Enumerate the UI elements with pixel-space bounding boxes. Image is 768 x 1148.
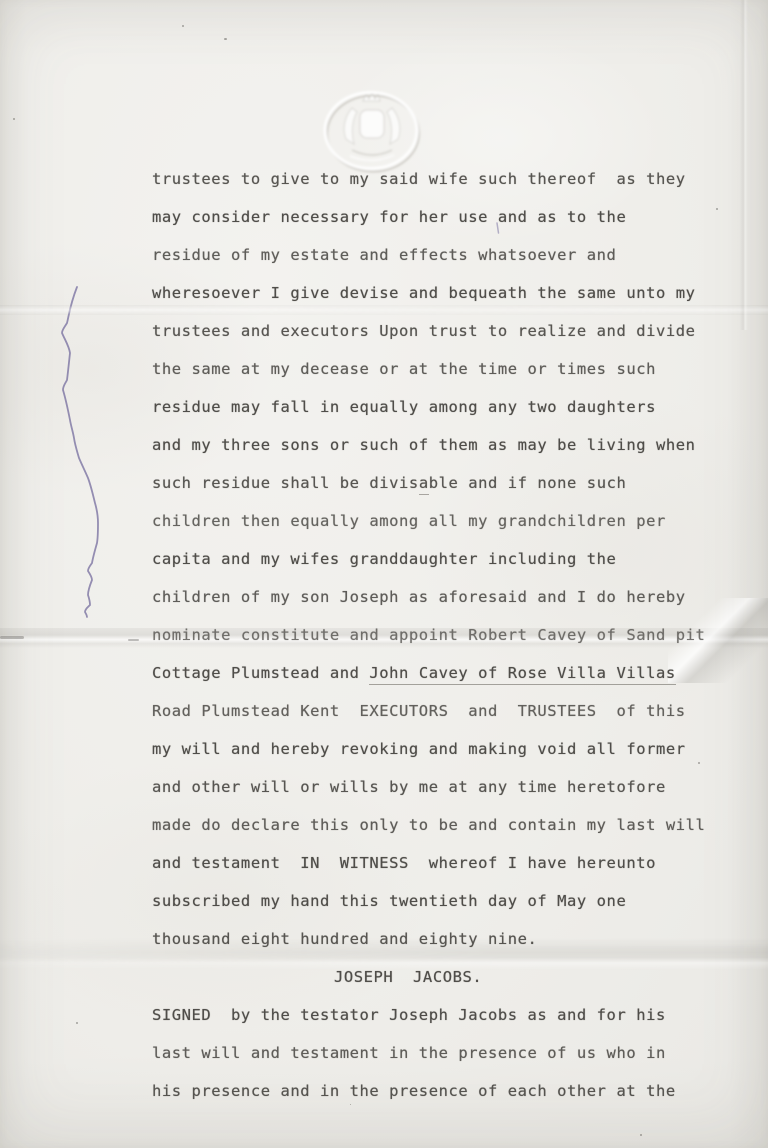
attestation-line: his presence and in the presence of each… [152,1072,752,1110]
attestation-line: SIGNED by the testator Joseph Jacobs as … [152,996,752,1034]
underlined-letter: a [419,474,429,495]
typed-line: my will and hereby revoking and making v… [152,730,752,768]
typed-line: may consider necessary for her use and a… [152,198,752,236]
typed-text: ble and if none such [429,474,627,492]
typed-line: subscribed my hand this twentieth day of… [152,882,752,920]
crease-edge-mark [128,639,139,641]
scanned-will-page: trustees to give to my said wife such th… [0,0,768,1148]
attestation-line: last will and testament in the presence … [152,1034,752,1072]
typed-line: and my three sons or such of them as may… [152,426,752,464]
typed-text: Cottage Plumstead and [152,664,369,682]
typed-line: Cottage Plumstead and John Cavey of Rose… [152,654,752,692]
typed-line: residue may fall in equally among any tw… [152,388,752,426]
typed-line: capita and my wifes granddaughter includ… [152,540,752,578]
typed-line: such residue shall be divisable and if n… [152,464,752,502]
testator-name-line: JOSEPH JACOBS. [152,958,752,996]
typed-line: the same at my decease or at the time or… [152,350,752,388]
underlined-executor-name: John Cavey of Rose Villa Villas [369,664,675,685]
typed-line: trustees to give to my said wife such th… [152,160,752,198]
dust-speck [640,1134,642,1136]
dust-speck [224,38,227,40]
typed-line: and other will or wills by me at any tim… [152,768,752,806]
typed-text-block: trustees to give to my said wife such th… [152,160,752,1110]
typed-line: residue of my estate and effects whatsoe… [152,236,752,274]
crease-edge-mark [0,636,24,639]
typed-line: and testament IN WITNESS whereof I have … [152,844,752,882]
dust-speck [13,118,15,120]
dust-speck [76,1022,78,1024]
dust-speck [182,25,184,27]
typed-text: such residue shall be divis [152,474,419,492]
typed-line: Road Plumstead Kent EXECUTORS and TRUSTE… [152,692,752,730]
typed-line: children then equally among all my grand… [152,502,752,540]
typed-line: nominate constitute and appoint Robert C… [152,616,752,654]
typed-line: thousand eight hundred and eighty nine. [152,920,752,958]
typed-line: trustees and executors Upon trust to rea… [152,312,752,350]
typed-line: wheresoever I give devise and bequeath t… [152,274,752,312]
typed-line: made do declare this only to be and cont… [152,806,752,844]
typed-line: children of my son Joseph as aforesaid a… [152,578,752,616]
